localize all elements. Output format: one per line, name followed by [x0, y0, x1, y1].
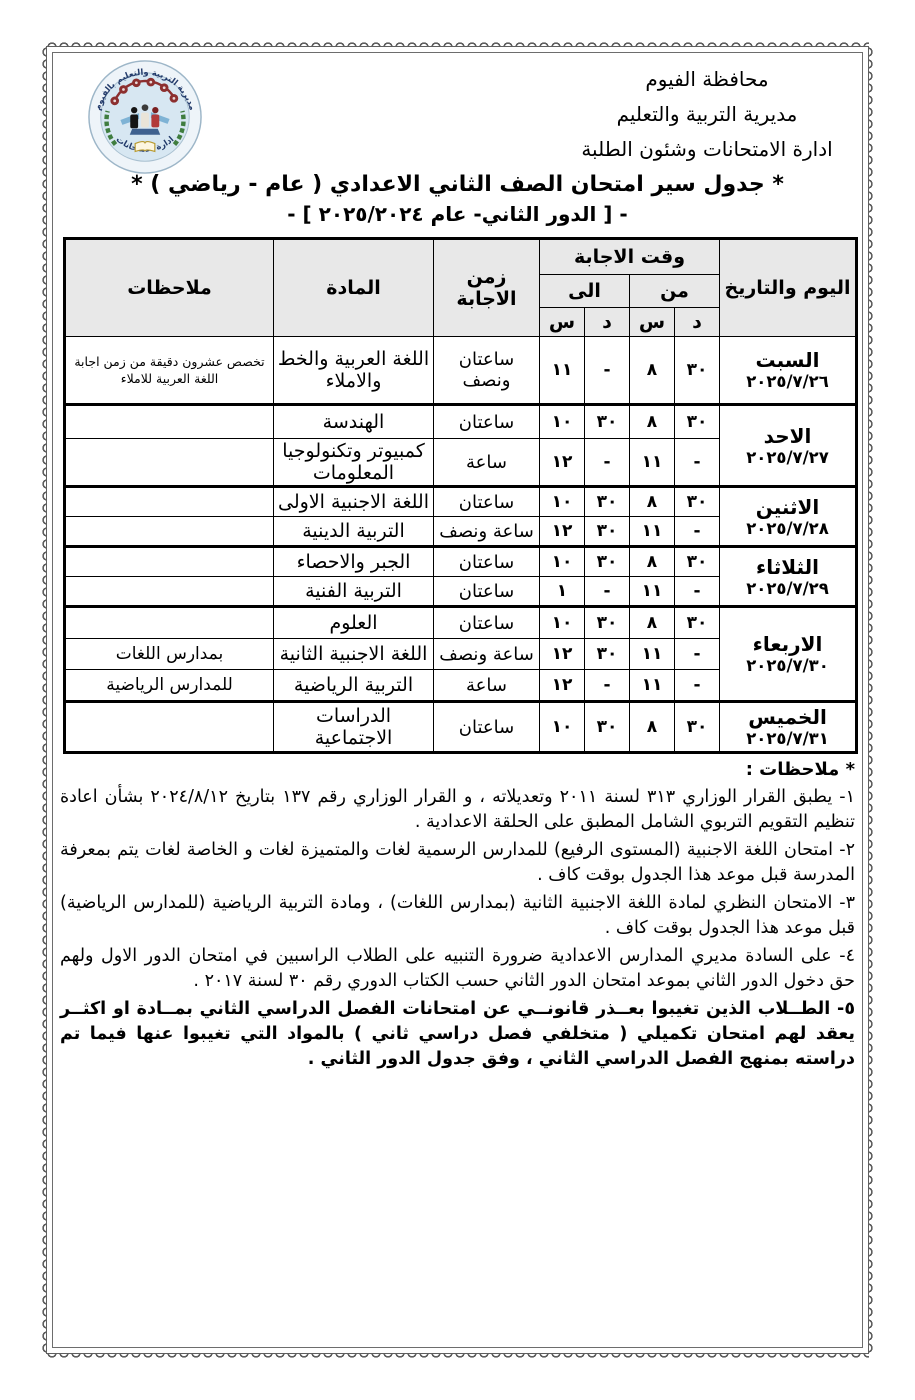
day-cell: السبت ٢٠٢٥/٧/٢٦: [720, 337, 857, 405]
to-minutes-cell: ٣٠: [585, 702, 630, 753]
from-hours-cell: ٨: [630, 702, 675, 753]
col-header-to: الى: [540, 275, 630, 308]
from-minutes-cell: ٣٠: [675, 337, 720, 405]
duration-cell: ساعتان: [434, 702, 540, 753]
note-cell: للمدارس الرياضية: [65, 670, 274, 702]
from-minutes-cell: ٣٠: [675, 405, 720, 439]
subject-cell: كمبيوتر وتكنولوجيا المعلومات: [274, 439, 434, 487]
subject-cell: الهندسة: [274, 405, 434, 439]
from-minutes-cell: ٣٠: [675, 607, 720, 639]
to-minutes-cell: ٣٠: [585, 607, 630, 639]
from-hours-cell: ٨: [630, 405, 675, 439]
to-hours-cell: ١٠: [540, 607, 585, 639]
to-minutes-cell: ٣٠: [585, 405, 630, 439]
page-subtitle: - [ الدور الثاني- عام ٢٠٢٥/٢٠٢٤ ] -: [0, 202, 915, 226]
subject-cell: التربية الدينية: [274, 517, 434, 547]
day-date: ٢٠٢٥/٧/٢٨: [723, 519, 852, 539]
from-minutes-cell: -: [675, 517, 720, 547]
duration-cell: ساعة ونصف: [434, 639, 540, 670]
day-name: الاحد: [723, 424, 852, 448]
day-cell: الثلاثاء ٢٠٢٥/٧/٢٩: [720, 547, 857, 607]
col-header-to-minutes: د: [585, 308, 630, 337]
table-row: الخميس ٢٠٢٥/٧/٣١ ٣٠ ٨ ٣٠ ١٠ ساعتان الدرا…: [65, 702, 857, 753]
to-hours-cell: ١١: [540, 337, 585, 405]
subject-cell: العلوم: [274, 607, 434, 639]
ministry-emblem-logo: مديرية التربية والتعليم بالفيوم ادارة ال…: [86, 56, 204, 178]
footnotes-section: * ملاحظات : ١- يطبق القرار الوزاري ٣١٣ ل…: [60, 757, 855, 1075]
to-minutes-cell: ٣٠: [585, 547, 630, 577]
page-title: * جدول سير امتحان الصف الثاني الاعدادي (…: [0, 172, 915, 197]
col-header-from: من: [630, 275, 720, 308]
table-row: الثلاثاء ٢٠٢٥/٧/٢٩ ٣٠ ٨ ٣٠ ١٠ ساعتان الج…: [65, 547, 857, 577]
duration-cell: ساعتان: [434, 547, 540, 577]
note-cell: [65, 487, 274, 517]
note-cell: [65, 702, 274, 753]
stamp-perforation-top: [46, 40, 869, 47]
from-hours-cell: ٨: [630, 607, 675, 639]
note-cell: [65, 547, 274, 577]
org-line-administration: ادارة الامتحانات وشئون الطلبة: [551, 132, 863, 167]
org-line-directorate: مديرية التربية والتعليم: [551, 97, 863, 132]
note-cell: [65, 607, 274, 639]
document-page: مديرية التربية والتعليم بالفيوم ادارة ال…: [0, 0, 915, 1400]
day-name: الاربعاء: [723, 632, 852, 656]
col-header-subject: المادة: [274, 239, 434, 337]
footnote-item-2: ٢- امتحان اللغة الاجنبية (المستوى الرفيع…: [60, 838, 855, 888]
subject-cell: اللغة الاجنبية الاولى: [274, 487, 434, 517]
org-header-block: محافظة الفيوم مديرية التربية والتعليم اد…: [551, 62, 863, 167]
subject-cell: اللغة الاجنبية الثانية: [274, 639, 434, 670]
duration-cell: ساعتان: [434, 577, 540, 607]
footnote-item-5: ٥- الطــلاب الذين تغيبوا بعــذر قانونــي…: [60, 997, 855, 1072]
table-row: السبت ٢٠٢٥/٧/٢٦ ٣٠ ٨ - ١١ ساعتان ونصف ال…: [65, 337, 857, 405]
from-minutes-cell: -: [675, 439, 720, 487]
to-hours-cell: ١٢: [540, 670, 585, 702]
duration-cell: ساعة: [434, 670, 540, 702]
subject-cell: اللغة العربية والخط والاملاء: [274, 337, 434, 405]
to-hours-cell: ١٢: [540, 439, 585, 487]
from-hours-cell: ١١: [630, 577, 675, 607]
from-minutes-cell: ٣٠: [675, 547, 720, 577]
day-date: ٢٠٢٥/٧/٣١: [723, 729, 852, 749]
to-hours-cell: ١٠: [540, 487, 585, 517]
to-minutes-cell: ٣٠: [585, 517, 630, 547]
to-minutes-cell: -: [585, 577, 630, 607]
duration-cell: ساعة ونصف: [434, 517, 540, 547]
day-name: الاثنين: [723, 495, 852, 519]
to-hours-cell: ١٢: [540, 639, 585, 670]
footnote-item-1: ١- يطبق القرار الوزاري ٣١٣ لسنة ٢٠١١ وتع…: [60, 785, 855, 835]
from-hours-cell: ٨: [630, 487, 675, 517]
day-cell: الاحد ٢٠٢٥/٧/٢٧: [720, 405, 857, 487]
note-cell: [65, 439, 274, 487]
duration-cell: ساعتان: [434, 607, 540, 639]
duration-cell: ساعتان: [434, 487, 540, 517]
day-name: السبت: [723, 348, 852, 372]
day-date: ٢٠٢٥/٧/٢٩: [723, 579, 852, 599]
stamp-perforation-left: [40, 46, 47, 1354]
from-minutes-cell: ٣٠: [675, 487, 720, 517]
from-hours-cell: ١١: [630, 639, 675, 670]
from-hours-cell: ١١: [630, 670, 675, 702]
subject-cell: التربية الرياضية: [274, 670, 434, 702]
from-minutes-cell: ٣٠: [675, 702, 720, 753]
to-minutes-cell: -: [585, 337, 630, 405]
to-hours-cell: ١٢: [540, 517, 585, 547]
day-cell: الخميس ٢٠٢٥/٧/٣١: [720, 702, 857, 753]
duration-cell: ساعتان ونصف: [434, 337, 540, 405]
note-cell: [65, 405, 274, 439]
to-minutes-cell: -: [585, 439, 630, 487]
footnote-item-3: ٣- الامتحان النظري لمادة اللغة الاجنبية …: [60, 891, 855, 941]
to-minutes-cell: ٣٠: [585, 487, 630, 517]
from-hours-cell: ٨: [630, 547, 675, 577]
day-cell: الاربعاء ٢٠٢٥/٧/٣٠: [720, 607, 857, 702]
col-header-day: اليوم والتاريخ: [720, 239, 857, 337]
stamp-perforation-bottom: [46, 1353, 869, 1360]
col-header-from-hours: س: [630, 308, 675, 337]
table-row: الاربعاء ٢٠٢٥/٧/٣٠ ٣٠ ٨ ٣٠ ١٠ ساعتان الع…: [65, 607, 857, 639]
col-header-duration: زمن الاجابة: [434, 239, 540, 337]
subject-cell: التربية الفنية: [274, 577, 434, 607]
note-cell: تخصص عشرون دقيقة من زمن اجابة اللغة العر…: [65, 337, 274, 405]
day-cell: الاثنين ٢٠٢٥/٧/٢٨: [720, 487, 857, 547]
from-hours-cell: ١١: [630, 439, 675, 487]
to-hours-cell: ١٠: [540, 702, 585, 753]
note-cell: بمدارس اللغات: [65, 639, 274, 670]
from-hours-cell: ٨: [630, 337, 675, 405]
note-cell: [65, 577, 274, 607]
to-minutes-cell: -: [585, 670, 630, 702]
exam-schedule-table: اليوم والتاريخ وقت الاجابة زمن الاجابة ا…: [63, 237, 858, 754]
day-name: الخميس: [723, 705, 852, 729]
col-header-answer-time: وقت الاجابة: [540, 239, 720, 275]
to-hours-cell: ١٠: [540, 547, 585, 577]
people-figures-icon: [130, 104, 160, 134]
footnote-item-4: ٤- على السادة مديري المدارس الاعدادية ضر…: [60, 944, 855, 994]
day-name: الثلاثاء: [723, 555, 852, 579]
from-minutes-cell: -: [675, 577, 720, 607]
from-minutes-cell: -: [675, 670, 720, 702]
day-date: ٢٠٢٥/٧/٢٧: [723, 448, 852, 468]
from-hours-cell: ١١: [630, 517, 675, 547]
col-header-to-hours: س: [540, 308, 585, 337]
table-row: الاثنين ٢٠٢٥/٧/٢٨ ٣٠ ٨ ٣٠ ١٠ ساعتان اللغ…: [65, 487, 857, 517]
note-cell: [65, 517, 274, 547]
day-date: ٢٠٢٥/٧/٣٠: [723, 656, 852, 676]
footnotes-title: * ملاحظات :: [60, 757, 855, 782]
from-minutes-cell: -: [675, 639, 720, 670]
col-header-notes: ملاحظات: [65, 239, 274, 337]
to-hours-cell: ١: [540, 577, 585, 607]
subject-cell: الدراسات الاجتماعية: [274, 702, 434, 753]
subject-cell: الجبر والاحصاء: [274, 547, 434, 577]
org-line-governorate: محافظة الفيوم: [551, 62, 863, 97]
table-row: الاحد ٢٠٢٥/٧/٢٧ ٣٠ ٨ ٣٠ ١٠ ساعتان الهندس…: [65, 405, 857, 439]
col-header-from-minutes: د: [675, 308, 720, 337]
day-date: ٢٠٢٥/٧/٢٦: [723, 372, 852, 392]
duration-cell: ساعتان: [434, 405, 540, 439]
to-hours-cell: ١٠: [540, 405, 585, 439]
duration-cell: ساعة: [434, 439, 540, 487]
stamp-perforation-right: [868, 46, 875, 1354]
to-minutes-cell: ٣٠: [585, 639, 630, 670]
book-icon: [135, 142, 155, 152]
